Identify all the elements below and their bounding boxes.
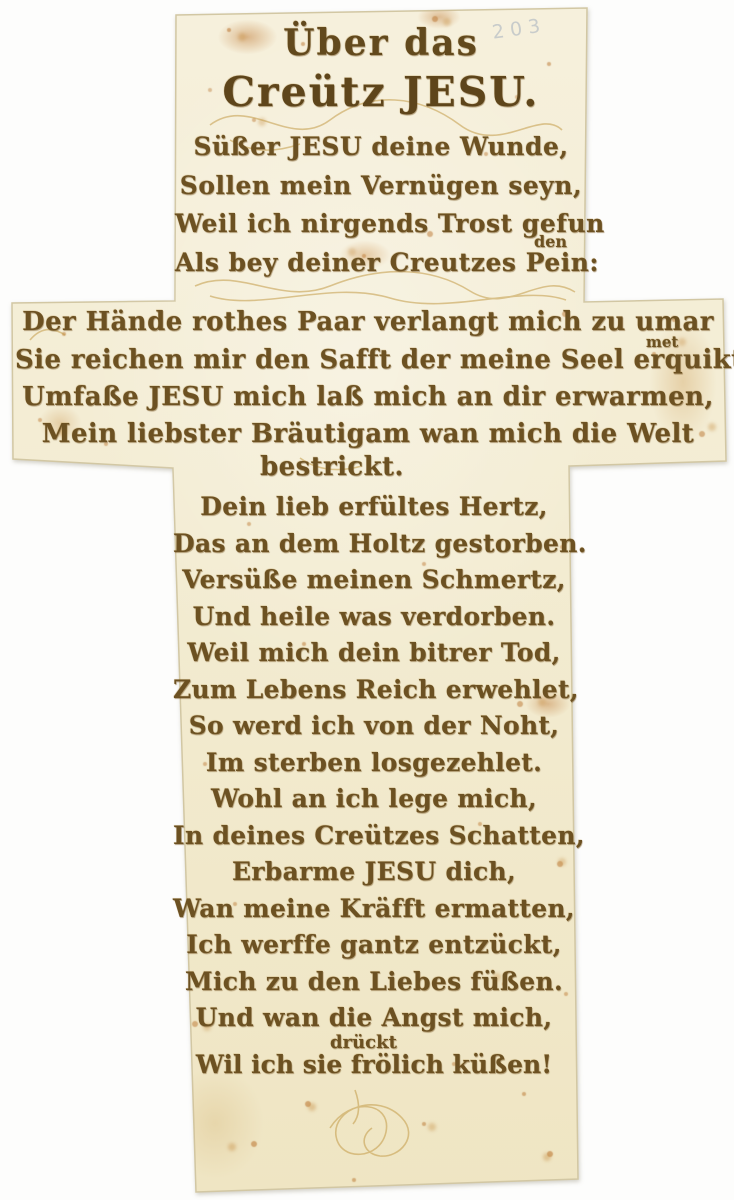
- poem-line: Dein lieb erfültes Hertz,: [173, 492, 575, 521]
- title-line-2: Creütz JESU.: [175, 68, 587, 116]
- poem-line: Und heile was verdorben.: [173, 602, 575, 631]
- poem-line: Weil mich dein bitrer Tod,: [173, 638, 575, 667]
- superscript-word: met: [646, 333, 678, 351]
- poem-line: Im sterben losgezehlet.: [173, 748, 575, 777]
- poem-line: Zum Lebens Reich erwehlet,: [173, 675, 575, 704]
- poem-line: Mich zu den Liebes füßen.: [173, 967, 575, 996]
- superscript-word: den: [534, 232, 567, 251]
- poem-line: Wohl an ich lege mich,: [173, 784, 575, 813]
- title-line-1: Über das: [175, 22, 587, 64]
- poem-line: Als bey deiner Creutzes Pein:: [175, 248, 587, 277]
- poem-line: Süßer JESU deine Wunde,: [175, 132, 587, 161]
- manuscript-scan: 203 Über das Creütz JESU. Süßer JESU dei…: [0, 0, 734, 1200]
- poem-line: Sollen mein Vernügen seyn,: [175, 171, 587, 200]
- poem-line: Der Hände rothes Paar verlangt mich zu u…: [15, 307, 721, 337]
- poem-line: Wan meine Kräfft ermatten,: [173, 894, 575, 923]
- poem-line: Ich werffe gantz entzückt,: [173, 930, 575, 959]
- poem-line: Weil ich nirgends Trost gefun: [175, 209, 587, 238]
- poem-final-line: Wil ich sie frölich küßen!: [173, 1050, 575, 1079]
- poem-line: Mein liebster Bräutigam wan mich die Wel…: [15, 419, 721, 449]
- poem-line: Erbarme JESU dich,: [173, 857, 575, 886]
- poem-line: Und wan die Angst mich,: [173, 1003, 575, 1032]
- poem-line: Das an dem Holtz gestorben.: [173, 529, 575, 558]
- poem-line: bestrickt.: [0, 452, 685, 482]
- poem-line: So werd ich von der Noht,: [173, 711, 575, 740]
- poem-line: Sie reichen mir den Safft der meine Seel…: [15, 345, 721, 375]
- poem-line: In deines Creützes Schatten,: [173, 821, 575, 850]
- poem-line: Versüße meinen Schmertz,: [173, 565, 575, 594]
- poem-line: Umfaße JESU mich laß mich an dir erwarme…: [15, 382, 721, 412]
